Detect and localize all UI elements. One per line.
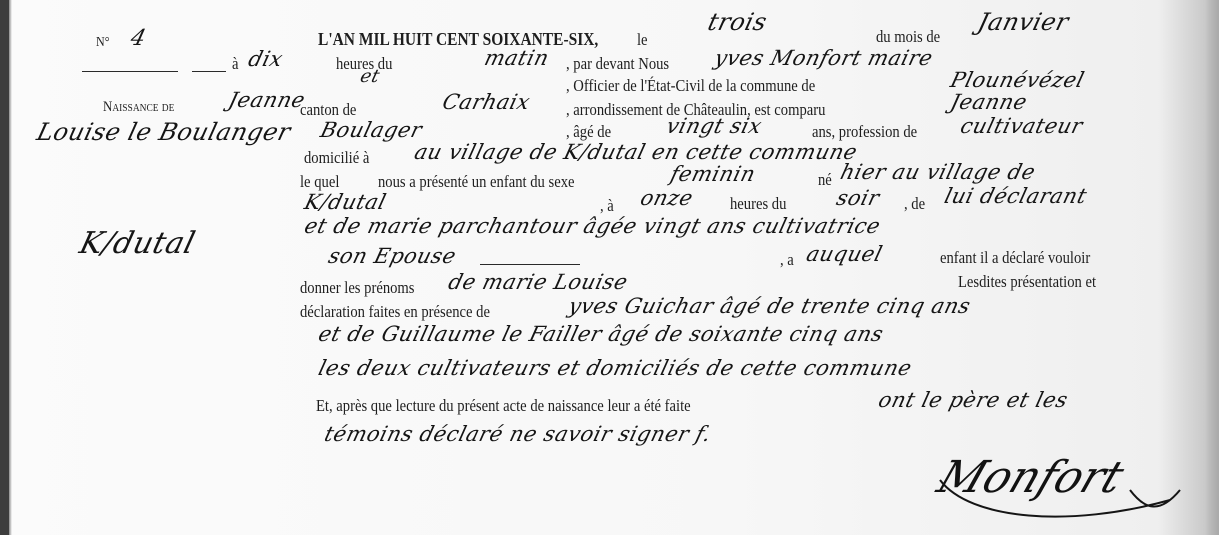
hand-closing-1: ont le père et les xyxy=(876,388,1071,412)
printed-domicilie-a: domicilié à xyxy=(304,148,369,168)
page-right-shadow xyxy=(1205,0,1219,535)
page-binding-edge xyxy=(0,0,9,535)
hand-commune: Plounévézel xyxy=(948,68,1087,92)
hand-hour: dix xyxy=(246,47,285,71)
hand-witness-desc: les deux cultivateurs et domiciliés de c… xyxy=(316,356,914,380)
birth-record-page: N° 4 L'AN MIL HUIT CENT SOIXANTE-SIX, le… xyxy=(0,0,1219,535)
margin-heading: Naissance de xyxy=(103,99,174,116)
margin-name-line1: Jeanne xyxy=(226,88,308,112)
signature-flourish-icon xyxy=(930,470,1190,530)
printed-de: , de xyxy=(904,194,925,214)
binding-shadow xyxy=(9,0,12,535)
hand-spouse: son Epouse xyxy=(326,244,459,268)
printed-ne: né xyxy=(818,170,832,190)
hand-time-of-day: matin xyxy=(482,46,552,70)
printed-a: à xyxy=(232,54,238,74)
hand-comparant-surname: Boulager xyxy=(318,118,425,142)
printed-enfant-declare: enfant il a déclaré vouloir xyxy=(940,248,1090,268)
printed-lesdites: Lesdites présentation et xyxy=(958,272,1096,292)
printed-a-2: , a xyxy=(780,250,794,270)
printed-age-de: , âgé de xyxy=(566,122,611,142)
blank-rule-2 xyxy=(192,71,226,72)
hand-comparant: Jeanne xyxy=(948,90,1030,114)
hand-domicile: au village de K/dutal en cette commune xyxy=(412,140,860,164)
hand-age: vingt six xyxy=(664,114,764,138)
printed-nous-a-presente: nous a présenté un enfant du sexe xyxy=(378,172,574,192)
printed-officier: , Officier de l'État-Civil de la commune… xyxy=(566,76,815,96)
printed-le: le xyxy=(637,30,648,50)
printed-a-comma: , à xyxy=(600,196,614,216)
margin-place: K/dutal xyxy=(76,226,199,261)
hand-given-names: de marie Louise xyxy=(446,270,630,294)
hand-relation: lui déclarant xyxy=(942,184,1090,208)
hand-birth-time-of-day: soir xyxy=(834,186,882,210)
hand-month: Janvier xyxy=(975,8,1072,36)
hand-closing-2: témoins déclaré ne savoir signer f. xyxy=(322,422,714,446)
printed-donner-prenoms: donner les prénoms xyxy=(300,278,415,298)
hand-auquel: auquel xyxy=(804,242,885,266)
hand-witness1: yves Guichar âgé de trente cinq ans xyxy=(566,294,973,318)
margin-name-line2: Louise le Boulanger xyxy=(34,118,294,146)
record-number-label: N° xyxy=(96,35,110,51)
printed-declaration-faites: déclaration faites en présence de xyxy=(300,302,490,322)
printed-du-mois-de: du mois de xyxy=(876,27,940,47)
hand-mother: et de marie parchantour âgée vingt ans c… xyxy=(302,214,883,238)
year-heading: L'AN MIL HUIT CENT SOIXANTE-SIX, xyxy=(318,29,598,50)
hand-day: trois xyxy=(705,8,770,36)
printed-ans-profession: ans, profession de xyxy=(812,122,917,142)
blank-rule-1 xyxy=(82,71,178,72)
hand-birth-hour: onze xyxy=(638,186,696,210)
hand-canton: Carhaix xyxy=(440,90,533,114)
blank-rule-3 xyxy=(480,264,580,265)
record-number-value: 4 xyxy=(128,26,149,51)
printed-heures-du-2: heures du xyxy=(730,194,786,214)
printed-canton-de: canton de xyxy=(300,100,356,120)
printed-lequel: le quel xyxy=(300,172,339,192)
hand-et: et xyxy=(358,66,382,87)
hand-mayor: yves Monfort maire xyxy=(712,46,935,70)
hand-profession: cultivateur xyxy=(958,114,1085,138)
hand-birth-place: K/dutal xyxy=(302,190,389,214)
hand-born: hier au village de xyxy=(838,160,1038,184)
hand-witness2: et de Guillaume le Failler âgé de soixan… xyxy=(316,322,886,346)
hand-sex: feminin xyxy=(668,162,758,186)
printed-closing: Et, après que lecture du présent acte de… xyxy=(316,396,691,416)
printed-par-devant-nous: , par devant Nous xyxy=(566,54,669,74)
